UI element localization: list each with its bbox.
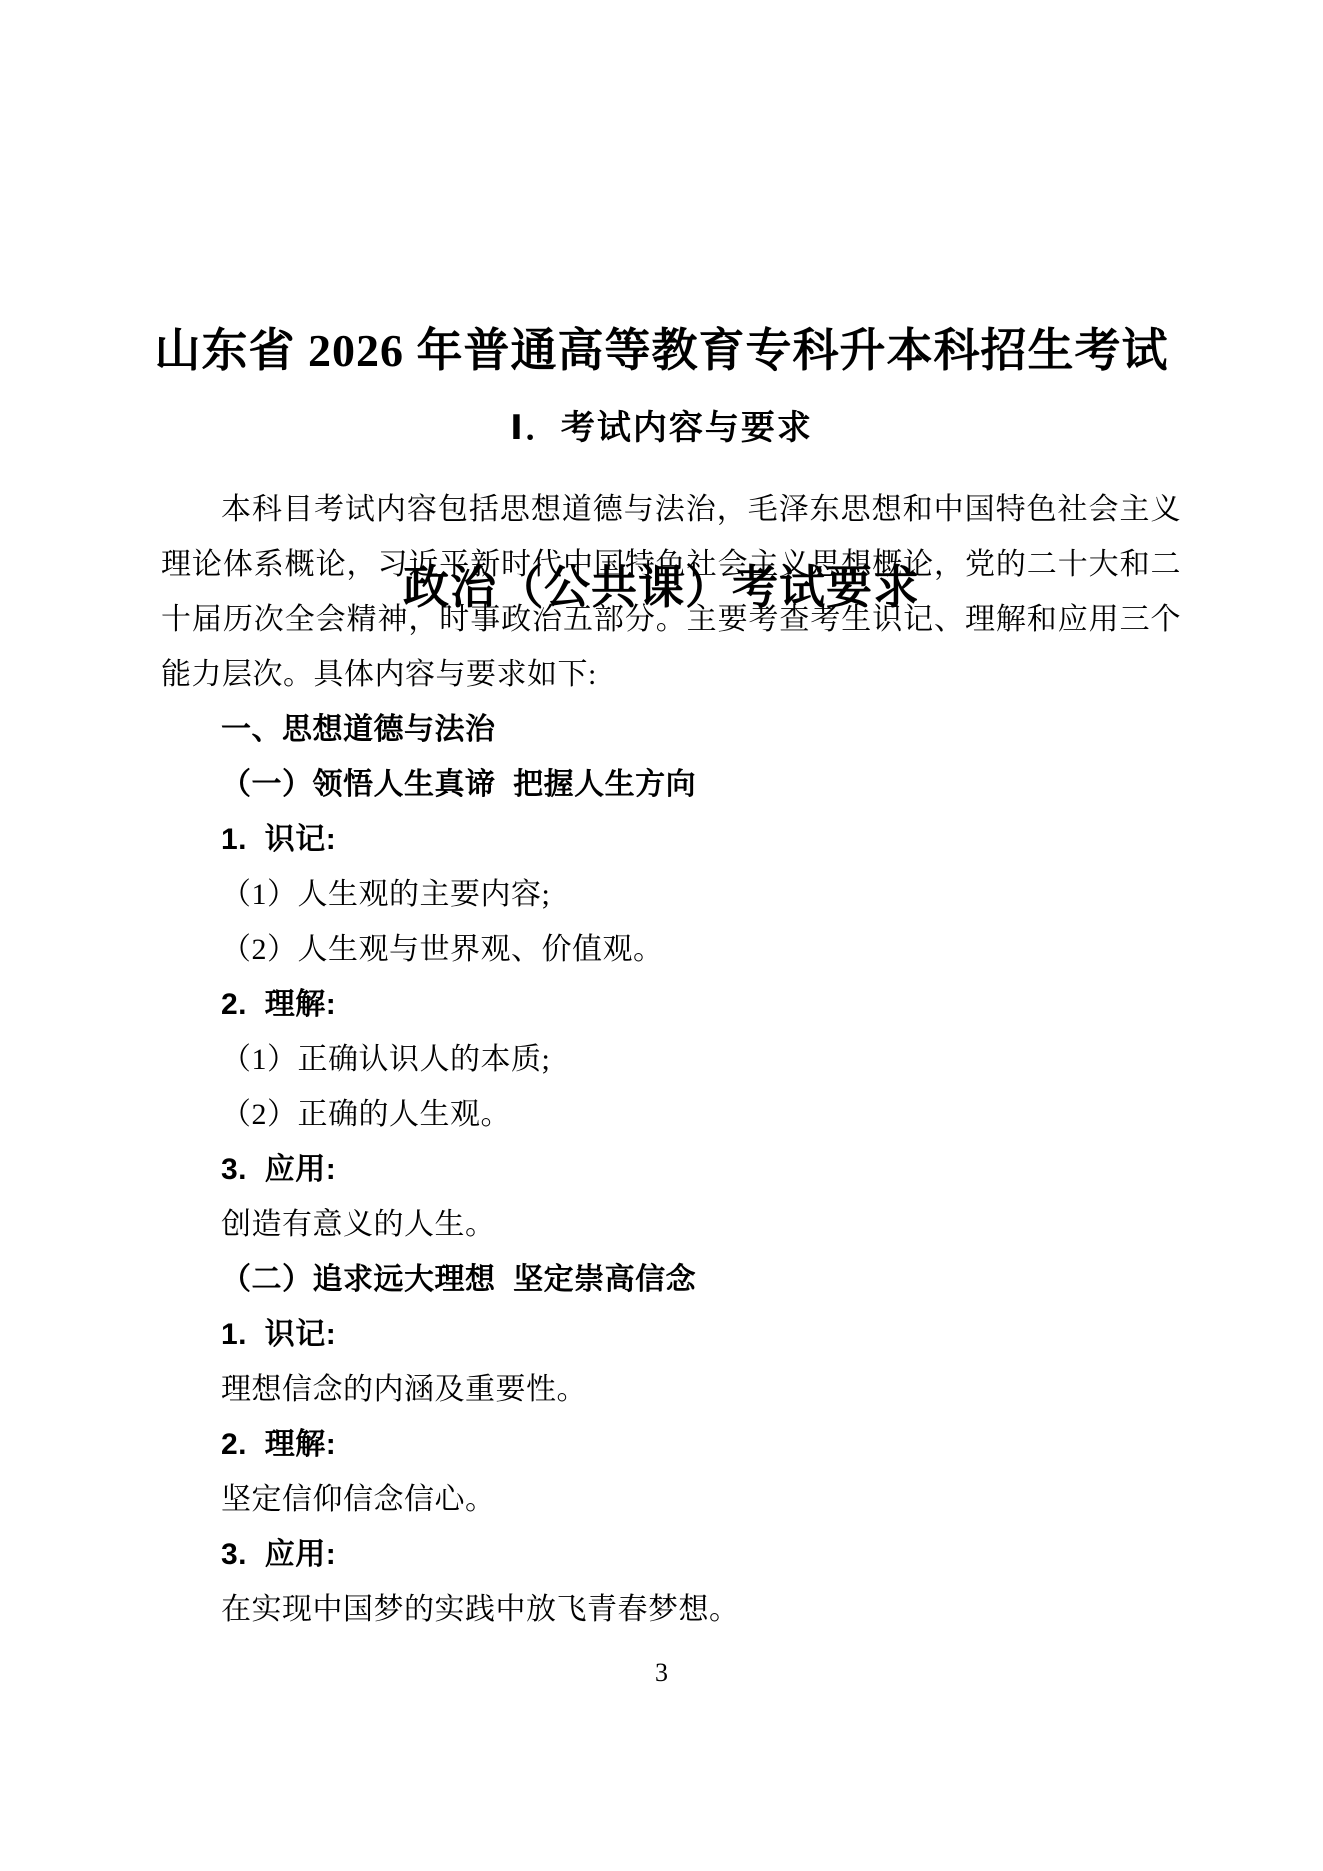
document-body: 本科目考试内容包括思想道德与法治，毛泽东思想和中国特色社会主义理论体系概论，习近… xyxy=(161,482,1181,1637)
content-line: 创造有意义的人生。 xyxy=(161,1197,1181,1252)
ability-heading: 2. 理解: xyxy=(161,977,1181,1032)
content-line: 坚定信仰信念信心。 xyxy=(161,1472,1181,1527)
document-page: 山东省 2026 年普通高等教育专科升本科招生考试 政治（公共课）考试要求 Ⅰ．… xyxy=(0,0,1323,1871)
ability-heading: 1. 识记: xyxy=(161,812,1181,867)
ability-heading: 3. 应用: xyxy=(161,1527,1181,1582)
page-number: 3 xyxy=(0,1658,1323,1688)
ability-heading: 3. 应用: xyxy=(161,1142,1181,1197)
content-line: （2）人生观与世界观、价值观。 xyxy=(161,922,1181,977)
intro-paragraph: 本科目考试内容包括思想道德与法治，毛泽东思想和中国特色社会主义理论体系概论，习近… xyxy=(161,482,1181,702)
subsection-heading: （一）领悟人生真谛 把握人生方向 xyxy=(161,757,1181,812)
content-line: 理想信念的内涵及重要性。 xyxy=(161,1362,1181,1417)
section-title: Ⅰ．考试内容与要求 xyxy=(0,408,1323,448)
chapter-heading: 一、思想道德与法治 xyxy=(161,702,1181,757)
ability-heading: 1. 识记: xyxy=(161,1307,1181,1362)
ability-heading: 2. 理解: xyxy=(161,1417,1181,1472)
title-line-1: 山东省 2026 年普通高等教育专科升本科招生考试 xyxy=(0,311,1323,390)
content-line: （1）正确认识人的本质; xyxy=(161,1032,1181,1087)
content-line: （2）正确的人生观。 xyxy=(161,1087,1181,1142)
subsection-heading: （二）追求远大理想 坚定崇高信念 xyxy=(161,1252,1181,1307)
content-line: 在实现中国梦的实践中放飞青春梦想。 xyxy=(161,1582,1181,1637)
content-line: （1）人生观的主要内容; xyxy=(161,867,1181,922)
